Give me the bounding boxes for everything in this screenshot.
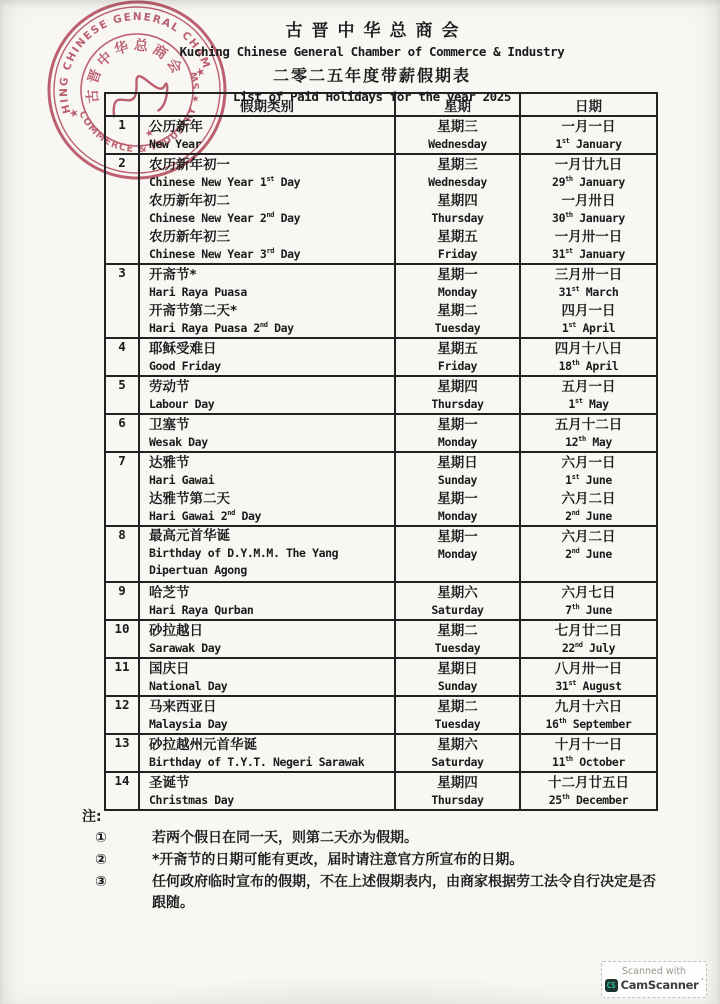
holiday-date: 一月卅一日31st January [521,227,656,263]
note-bullet: ① [95,828,107,849]
cell-date: 六月七日7th June [520,582,657,620]
cell-category: 砂拉越日Sarawak Day [139,620,395,658]
document-header: 古晋中华总商会 Kuching Chinese General Chamber … [96,16,648,104]
title-chinese: 古晋中华总商会 [96,16,648,41]
holiday-name: 卫塞节Wesak Day [140,415,394,451]
row-number: 13 [105,734,139,772]
holiday-name: 开斋节第二天*Hari Raya Puasa 2nd Day [140,301,394,337]
cell-date: 六月二日2nd June [520,526,657,582]
cell-category: 公历新年New Year [139,116,395,154]
holiday-name: 哈芝节Hari Raya Qurban [140,583,394,619]
subtitle-chinese: 二零二五年度带薪假期表 [96,63,648,86]
cell-category: 农历新年初一Chinese New Year 1st Day农历新年初二Chin… [139,154,395,264]
holiday-date: 六月一日1st June [521,453,656,489]
table-row: 3开斋节*Hari Raya Puasa开斋节第二天*Hari Raya Pua… [105,264,657,338]
holiday-name: 耶稣受难日Good Friday [140,339,394,375]
holiday-name: 劳动节Labour Day [140,377,394,413]
cell-weekday: 星期六Saturday [395,734,520,772]
holiday-weekday: 星期一Monday [396,265,519,301]
cell-date: 一月廿九日29th January一月卅日30th January一月卅一日31… [520,154,657,264]
title-english: Kuching Chinese General Chamber of Comme… [96,44,648,59]
holiday-weekday: 星期四Thursday [396,377,519,413]
holiday-date: 七月廿二日22nd July [521,621,656,657]
row-number: 7 [105,452,139,526]
holiday-weekday: 星期四Thursday [396,773,519,809]
cell-category: 最高元首华诞Birthday of D.Y.M.M. The Yang Dipe… [139,526,395,582]
cell-category: 国庆日National Day [139,658,395,696]
holiday-date: 九月十六日16th September [521,697,656,733]
cell-weekday: 星期三Wednesday [395,116,520,154]
camscanner-logo-icon: CS [605,979,618,992]
cell-date: 十月十一日11th October [520,734,657,772]
holiday-name: 开斋节*Hari Raya Puasa [140,265,394,301]
row-number: 9 [105,582,139,620]
cell-date: 十二月廿五日25th December [520,772,657,810]
row-number: 12 [105,696,139,734]
table-row: 11国庆日National Day星期日Sunday八月卅一日31st Augu… [105,658,657,696]
holiday-weekday: 星期六Saturday [396,735,519,771]
cell-date: 三月卅一日31st March四月一日1st April [520,264,657,338]
holiday-name: 达雅节第二天Hari Gawai 2nd Day [140,489,394,525]
holiday-name: 公历新年New Year [140,117,394,153]
table-row: 7达雅节Hari Gawai达雅节第二天Hari Gawai 2nd Day星期… [105,452,657,526]
table-row: 12马来西亚日Malaysia Day星期二Tuesday九月十六日16th S… [105,696,657,734]
holiday-name: 农历新年初一Chinese New Year 1st Day [140,155,394,191]
cell-category: 卫塞节Wesak Day [139,414,395,452]
holiday-date: 十月十一日11th October [521,735,656,771]
holiday-table: 假期类别 星期 日期 1公历新年New Year星期三Wednesday一月一日… [104,92,658,811]
holiday-date: 一月一日1st January [521,117,656,153]
holiday-date: 六月二日2nd June [521,527,656,563]
camscanner-badge: Scanned with CS CamScanner ' [601,961,707,998]
cell-weekday: 星期六Saturday [395,582,520,620]
cell-date: 四月十八日18th April [520,338,657,376]
table-row: 1公历新年New Year星期三Wednesday一月一日1st January [105,116,657,154]
holiday-name: 圣诞节Christmas Day [140,773,394,809]
scanned-document-page: KUCHING CHINESE GENERAL CHAMBER OF COMME… [0,0,720,1004]
holiday-weekday: 星期二Tuesday [396,301,519,337]
table-row: 4耶稣受难日Good Friday星期五Friday四月十八日18th Apri… [105,338,657,376]
col-category-header: 假期类别 [139,93,395,116]
row-number: 5 [105,376,139,414]
cell-weekday: 星期五Friday [395,338,520,376]
holiday-date: 五月十二日12th May [521,415,656,451]
col-weekday-header: 星期 [395,93,520,116]
cell-category: 砂拉越州元首华诞Birthday of T.Y.T. Negeri Sarawa… [139,734,395,772]
holiday-weekday: 星期二Tuesday [396,697,519,733]
cell-weekday: 星期三Wednesday星期四Thursday星期五Friday [395,154,520,264]
cell-weekday: 星期日Sunday星期一Monday [395,452,520,526]
row-number: 1 [105,116,139,154]
table-row: 2农历新年初一Chinese New Year 1st Day农历新年初二Chi… [105,154,657,264]
table-row: 5劳动节Labour Day星期四Thursday五月一日1st May [105,376,657,414]
holiday-date: 四月一日1st April [521,301,656,337]
cell-date: 七月廿二日22nd July [520,620,657,658]
table-row: 13砂拉越州元首华诞Birthday of T.Y.T. Negeri Sara… [105,734,657,772]
holiday-weekday: 星期三Wednesday [396,155,519,191]
holiday-date: 四月十八日18th April [521,339,656,375]
row-number: 10 [105,620,139,658]
holiday-weekday: 星期二Tuesday [396,621,519,657]
col-number-header [105,93,139,116]
cell-category: 哈芝节Hari Raya Qurban [139,582,395,620]
cell-weekday: 星期日Sunday [395,658,520,696]
cell-date: 六月一日1st June六月二日2nd June [520,452,657,526]
holiday-name: 国庆日National Day [140,659,394,695]
holiday-weekday: 星期四Thursday [396,191,519,227]
holiday-date: 六月七日7th June [521,583,656,619]
holiday-name: 农历新年初二Chinese New Year 2nd Day [140,191,394,227]
holiday-date: 三月卅一日31st March [521,265,656,301]
holiday-date: 一月卅日30th January [521,191,656,227]
cell-date: 九月十六日16th September [520,696,657,734]
row-number: 4 [105,338,139,376]
holiday-name: 马来西亚日Malaysia Day [140,697,394,733]
holiday-date: 八月卅一日31st August [521,659,656,695]
col-date-header: 日期 [520,93,657,116]
holiday-weekday: 星期一Monday [396,489,519,525]
note-item: ①若两个假日在同一天，则第二天亦为假期。 [82,828,657,849]
holiday-weekday: 星期五Friday [396,339,519,375]
cell-weekday: 星期四Thursday [395,772,520,810]
cell-weekday: 星期一Monday星期二Tuesday [395,264,520,338]
note-item: ②*开斋节的日期可能有更改，届时请注意官方所宣布的日期。 [82,850,657,871]
table-row: 8最高元首华诞Birthday of D.Y.M.M. The Yang Dip… [105,526,657,582]
holiday-name: 砂拉越日Sarawak Day [140,621,394,657]
cell-category: 劳动节Labour Day [139,376,395,414]
note-item: ③任何政府临时宣布的假期，不在上述假期表内，由商家根据劳工法令自行决定是否跟随。 [82,872,657,914]
row-number: 14 [105,772,139,810]
holiday-weekday: 星期一Monday [396,415,519,451]
row-number: 2 [105,154,139,264]
holiday-date: 一月廿九日29th January [521,155,656,191]
holiday-weekday: 星期三Wednesday [396,117,519,153]
cell-weekday: 星期一Monday [395,526,520,582]
cell-category: 达雅节Hari Gawai达雅节第二天Hari Gawai 2nd Day [139,452,395,526]
holiday-weekday: 星期日Sunday [396,453,519,489]
cell-category: 耶稣受难日Good Friday [139,338,395,376]
holiday-date: 五月一日1st May [521,377,656,413]
row-number: 8 [105,526,139,582]
notes-section: 注: ①若两个假日在同一天，则第二天亦为假期。②*开斋节的日期可能有更改，届时请… [82,806,642,915]
cell-weekday: 星期四Thursday [395,376,520,414]
cell-weekday: 星期二Tuesday [395,696,520,734]
holiday-date: 六月二日2nd June [521,489,656,525]
row-number: 3 [105,264,139,338]
table-row: 9哈芝节Hari Raya Qurban星期六Saturday六月七日7th J… [105,582,657,620]
table-row: 14圣诞节Christmas Day星期四Thursday十二月廿五日25th … [105,772,657,810]
holiday-weekday: 星期日Sunday [396,659,519,695]
cell-date: 五月一日1st May [520,376,657,414]
cell-weekday: 星期一Monday [395,414,520,452]
cell-date: 五月十二日12th May [520,414,657,452]
holiday-weekday: 星期六Saturday [396,583,519,619]
table-row: 6卫塞节Wesak Day星期一Monday五月十二日12th May [105,414,657,452]
table-header-row: 假期类别 星期 日期 [105,93,657,116]
cell-weekday: 星期二Tuesday [395,620,520,658]
camscanner-line1: Scanned with [622,967,686,977]
cell-date: 一月一日1st January [520,116,657,154]
note-bullet: ③ [95,872,107,893]
row-number: 11 [105,658,139,696]
holiday-weekday: 星期一Monday [396,527,519,563]
notes-label: 注: [82,806,642,826]
cell-category: 开斋节*Hari Raya Puasa开斋节第二天*Hari Raya Puas… [139,264,395,338]
holiday-name: 达雅节Hari Gawai [140,453,394,489]
table-row: 10砂拉越日Sarawak Day星期二Tuesday七月廿二日22nd Jul… [105,620,657,658]
holiday-name: 最高元首华诞Birthday of D.Y.M.M. The Yang Dipe… [140,527,394,581]
cell-category: 马来西亚日Malaysia Day [139,696,395,734]
cell-date: 八月卅一日31st August [520,658,657,696]
holiday-date: 十二月廿五日25th December [521,773,656,809]
holiday-name: 农历新年初三Chinese New Year 3rd Day [140,227,394,263]
note-bullet: ② [95,850,107,871]
camscanner-brand: CamScanner [621,978,699,992]
row-number: 6 [105,414,139,452]
cell-category: 圣诞节Christmas Day [139,772,395,810]
holiday-weekday: 星期五Friday [396,227,519,263]
holiday-name: 砂拉越州元首华诞Birthday of T.Y.T. Negeri Sarawa… [140,735,394,771]
